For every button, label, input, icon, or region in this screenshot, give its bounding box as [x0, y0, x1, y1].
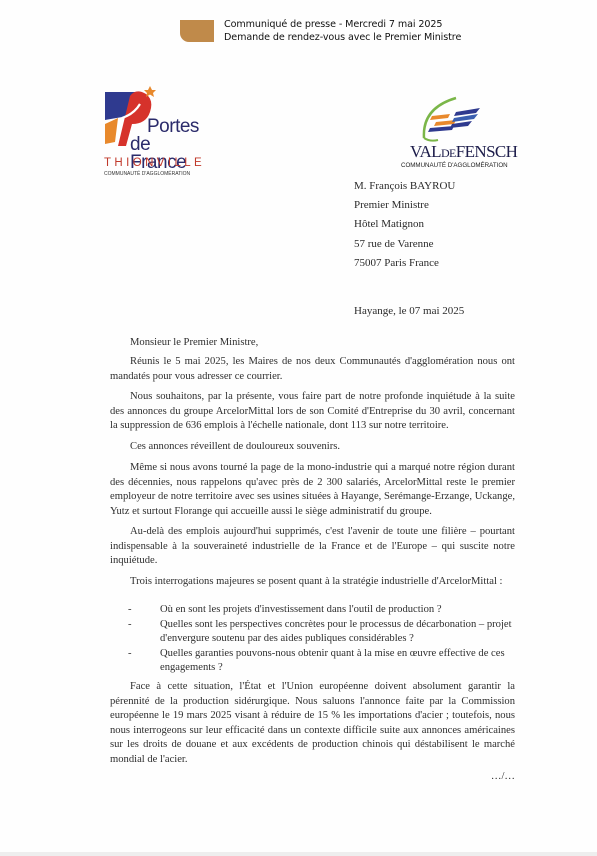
header-line-1: Communiqué de presse - Mercredi 7 mai 20…	[224, 19, 461, 32]
recipient-building: Hôtel Matignon	[354, 215, 455, 234]
header-text: Communiqué de presse - Mercredi 7 mai 20…	[224, 19, 461, 44]
bullet-dash: -	[128, 647, 132, 662]
list-item-text: Quelles garanties pouvons-nous obtenir q…	[160, 648, 505, 674]
logo-word-de: DE	[441, 146, 456, 160]
page-bottom-border	[0, 852, 597, 856]
continuation-mark: …/…	[491, 770, 515, 785]
logo-right-subtitle: COMMUNAUTÉ D'AGGLOMÉRATION	[401, 162, 508, 169]
val-de-fensch-logo: VALDEFENSCH COMMUNAUTÉ D'AGGLOMÉRATION	[395, 92, 545, 177]
list-item: - Quelles sont les perspectives concrète…	[110, 618, 515, 647]
logo-word-val: VAL	[410, 142, 441, 161]
logo-word-portes: Portes	[147, 118, 199, 136]
recipient-street: 57 rue de Varenne	[354, 235, 455, 254]
bullet-dash: -	[128, 603, 132, 618]
list-item-text: Où en sont les projets d'investissement …	[160, 604, 442, 615]
paragraph-4: Même si nous avons tourné la page de la …	[110, 461, 515, 519]
paragraph-closing: Face à cette situation, l'État et l'Unio…	[110, 680, 515, 768]
recipient-address: M. François BAYROU Premier Ministre Hôte…	[354, 177, 455, 273]
letter-page: Communiqué de presse - Mercredi 7 mai 20…	[0, 0, 597, 852]
logo-left-subtitle: COMMUNAUTÉ D'AGGLOMÉRATION	[104, 171, 190, 177]
paragraph-6: Trois interrogations majeures se posent …	[110, 575, 515, 590]
logo-city-thionville: THIONVILLE	[104, 157, 205, 169]
salutation: Monsieur le Premier Ministre,	[130, 336, 258, 351]
dateline: Hayange, le 07 mai 2025	[354, 305, 464, 317]
paragraph-2: Nous souhaitons, par la présente, vous f…	[110, 390, 515, 434]
val-de-fensch-emblem-icon	[410, 92, 510, 147]
header-line-2: Demande de rendez-vous avec le Premier M…	[224, 32, 461, 45]
list-item: - Quelles garanties pouvons-nous obtenir…	[110, 647, 515, 676]
list-item: - Où en sont les projets d'investissemen…	[110, 603, 515, 618]
paragraph-5: Au-delà des emplois aujourd'hui supprimé…	[110, 525, 515, 569]
recipient-city: 75007 Paris France	[354, 254, 455, 273]
paragraph-3: Ces annonces réveillent de douloureux so…	[110, 440, 515, 455]
portes-de-france-logo: Portes de France THIONVILLE COMMUNAUTÉ D…	[100, 84, 200, 184]
header-tab-decoration	[180, 20, 214, 42]
question-list: - Où en sont les projets d'investissemen…	[110, 603, 515, 676]
paragraph-1: Réunis le 5 mai 2025, les Maires de nos …	[110, 355, 515, 384]
recipient-name: M. François BAYROU	[354, 177, 455, 196]
list-item-text: Quelles sont les perspectives concrètes …	[160, 619, 512, 645]
recipient-title: Premier Ministre	[354, 196, 455, 215]
bullet-dash: -	[128, 618, 132, 633]
logo-word-fensch: FENSCH	[456, 142, 518, 161]
logo-val-de-fensch-name: VALDEFENSCH	[410, 142, 517, 162]
